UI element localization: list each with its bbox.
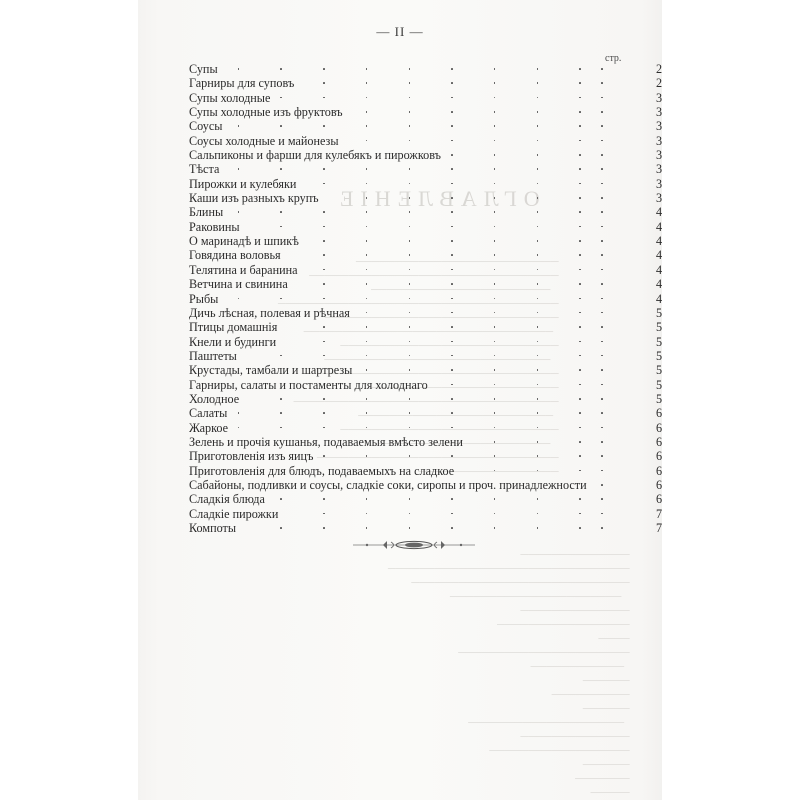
toc-entry-page: 549	[656, 335, 662, 349]
toc-entry-title: Приготовленія для блюдъ, подаваемыхъ на …	[189, 464, 454, 478]
toc-entry-title: Гарниры для суповъ	[189, 76, 294, 90]
toc-entry-title: Паштеты	[189, 349, 237, 363]
toc-entry-title: Супы холодные	[189, 91, 270, 105]
toc-entry-title: Каши изъ разныхъ крупъ	[189, 191, 319, 205]
toc-entry-title: Рыбы	[189, 292, 218, 306]
toc-entry-page: 559	[656, 349, 662, 363]
toc-entry-title: Ветчина и свинина	[189, 277, 288, 291]
toc-entry-page: 462	[656, 277, 662, 291]
toc-entry-page: 588	[656, 392, 662, 406]
toc-entry: Салаты612	[189, 406, 639, 420]
toc-entry: Супы холодные332	[189, 91, 639, 105]
toc-entry: Приготовленія для блюдъ, подаваемыхъ на …	[189, 464, 639, 478]
dot-leader	[189, 421, 591, 435]
toc-entry-title: Сальпиконы и фарши для кулебякъ и пирожк…	[189, 148, 441, 162]
toc-entry-title: Дичь лѣсная, полевая и рѣчная	[189, 306, 350, 320]
toc-entry-title: Соусы	[189, 119, 222, 133]
dot-leader	[189, 220, 591, 234]
toc-entry: Говядина воловья411	[189, 248, 639, 262]
toc-entry-title: Раковины	[189, 220, 240, 234]
toc-entry-page: 651	[656, 449, 662, 463]
toc-entry-title: Кнели и будинги	[189, 335, 276, 349]
toc-entry: Сладкіе пирожки743	[189, 507, 639, 521]
toc-entry: Компоты761	[189, 521, 639, 535]
toc-entry-title: Соусы холодные и майонезы	[189, 134, 339, 148]
toc-entry-title: Супы	[189, 62, 218, 76]
toc-entry-title: О маринадѣ и шпикѣ	[189, 234, 299, 248]
dot-leader	[189, 205, 591, 219]
toc-entry: Соусы336	[189, 119, 639, 133]
toc-entry: Сабайоны, подливки и соусы, сладкіе соки…	[189, 478, 639, 492]
toc-entry-page: 612	[656, 406, 662, 420]
toc-entry-page: 671	[656, 492, 662, 506]
toc-entry-title: Супы холодные изъ фруктовъ	[189, 105, 343, 119]
toc-entry-title: Блины	[189, 205, 223, 219]
toc-entry: Супы холодные изъ фруктовъ334	[189, 105, 639, 119]
dot-leader	[189, 62, 591, 76]
dot-leader	[189, 392, 591, 406]
toc-entry-page: 407	[656, 220, 662, 234]
toc-entry: Супы252	[189, 62, 639, 76]
toc-entry-title: Салаты	[189, 406, 227, 420]
toc-entry-page: 397	[656, 191, 662, 205]
toc-entry-page: 660	[656, 464, 662, 478]
toc-entry: Раковины407	[189, 220, 639, 234]
toc-entry-title: Телятина и баранина	[189, 263, 298, 277]
toc-entry-title: Зелень и прочія кушанья, подаваемыя вмѣс…	[189, 435, 463, 449]
toc-entry-page: 761	[656, 521, 662, 535]
toc-entry: Блины404	[189, 205, 639, 219]
toc-entry-title: Сладкія блюда	[189, 492, 265, 506]
toc-entry-title: Приготовленія изъ яицъ	[189, 449, 313, 463]
toc-entry: Сладкія блюда671	[189, 492, 639, 506]
toc-entry-page: 625	[656, 435, 662, 449]
toc-entry-page: 334	[656, 105, 662, 119]
dot-leader	[189, 119, 591, 133]
toc-entry-title: Сладкіе пирожки	[189, 507, 278, 521]
dot-leader	[189, 406, 591, 420]
toc-entry-page: 411	[656, 248, 662, 262]
toc-entry-page: 354	[656, 148, 662, 162]
dot-leader	[189, 521, 591, 535]
toc-entry: Соусы холодные и майонезы350	[189, 134, 639, 148]
toc-entry-page: 252	[656, 62, 662, 76]
toc-entry-page: 404	[656, 205, 662, 219]
toc-entry-page: 507	[656, 306, 662, 320]
dot-leader	[189, 162, 591, 176]
toc-entry: Телятина и баранина432	[189, 263, 639, 277]
toc-entry-page: 432	[656, 263, 662, 277]
table-of-contents: Супы252Гарниры для суповъ268Супы холодны…	[189, 62, 639, 535]
toc-entry-title: Сабайоны, подливки и соусы, сладкіе соки…	[189, 478, 587, 492]
toc-entry: Холодное588	[189, 392, 639, 406]
toc-entry: Рыбы472	[189, 292, 639, 306]
decorative-divider-icon	[353, 538, 475, 552]
dot-leader	[189, 292, 591, 306]
toc-entry: Ветчина и свинина462	[189, 277, 639, 291]
toc-entry: Сальпиконы и фарши для кулебякъ и пирожк…	[189, 148, 639, 162]
toc-entry-title: Компоты	[189, 521, 236, 535]
toc-entry-page: 350	[656, 134, 662, 148]
toc-entry: О маринадѣ и шпикѣ409	[189, 234, 639, 248]
toc-entry-page: 527	[656, 320, 662, 334]
toc-entry-page: 332	[656, 91, 662, 105]
toc-entry: Гарниры, салаты и постаменты для холодна…	[189, 378, 639, 392]
toc-entry-title: Гарниры, салаты и постаменты для холодна…	[189, 378, 428, 392]
toc-entry-page: 360	[656, 162, 662, 176]
toc-entry: Каши изъ разныхъ крупъ397	[189, 191, 639, 205]
book-page: ОГЛАВЛЕНІЕ ────────────────────────── ──…	[138, 0, 662, 800]
toc-entry-page: 369	[656, 177, 662, 191]
toc-entry-title: Говядина воловья	[189, 248, 281, 262]
toc-entry-page: 336	[656, 119, 662, 133]
toc-entry: Тѣста360	[189, 162, 639, 176]
toc-entry: Приготовленія изъ яицъ651	[189, 449, 639, 463]
toc-entry: Крустады, тамбали и шартрезы569	[189, 363, 639, 377]
toc-entry-title: Холодное	[189, 392, 239, 406]
toc-entry-page: 268	[656, 76, 662, 90]
toc-entry: Гарниры для суповъ268	[189, 76, 639, 90]
toc-entry-title: Крустады, тамбали и шартрезы	[189, 363, 352, 377]
toc-entry-title: Пирожки и кулебяки	[189, 177, 296, 191]
toc-entry-page: 472	[656, 292, 662, 306]
toc-entry-title: Жаркое	[189, 421, 228, 435]
toc-entry-page: 584	[656, 378, 662, 392]
toc-entry-page: 569	[656, 363, 662, 377]
toc-entry: Жаркое615	[189, 421, 639, 435]
toc-entry-page: 743	[656, 507, 662, 521]
toc-entry: Зелень и прочія кушанья, подаваемыя вмѣс…	[189, 435, 639, 449]
toc-entry-page: 664	[656, 478, 662, 492]
bleed-through-texture-lower: ────────────── ─────────────────────────…	[388, 548, 630, 800]
dot-leader	[189, 349, 591, 363]
toc-entry-title: Птицы домашнія	[189, 320, 277, 334]
toc-entry: Кнели и будинги549	[189, 335, 639, 349]
toc-entry-title: Тѣста	[189, 162, 219, 176]
toc-entry: Дичь лѣсная, полевая и рѣчная507	[189, 306, 639, 320]
toc-entry: Паштеты559	[189, 349, 639, 363]
page-number-header: — II —	[138, 24, 662, 40]
toc-entry: Птицы домашнія527	[189, 320, 639, 334]
toc-entry-page: 409	[656, 234, 662, 248]
toc-entry-page: 615	[656, 421, 662, 435]
toc-entry: Пирожки и кулебяки369	[189, 177, 639, 191]
